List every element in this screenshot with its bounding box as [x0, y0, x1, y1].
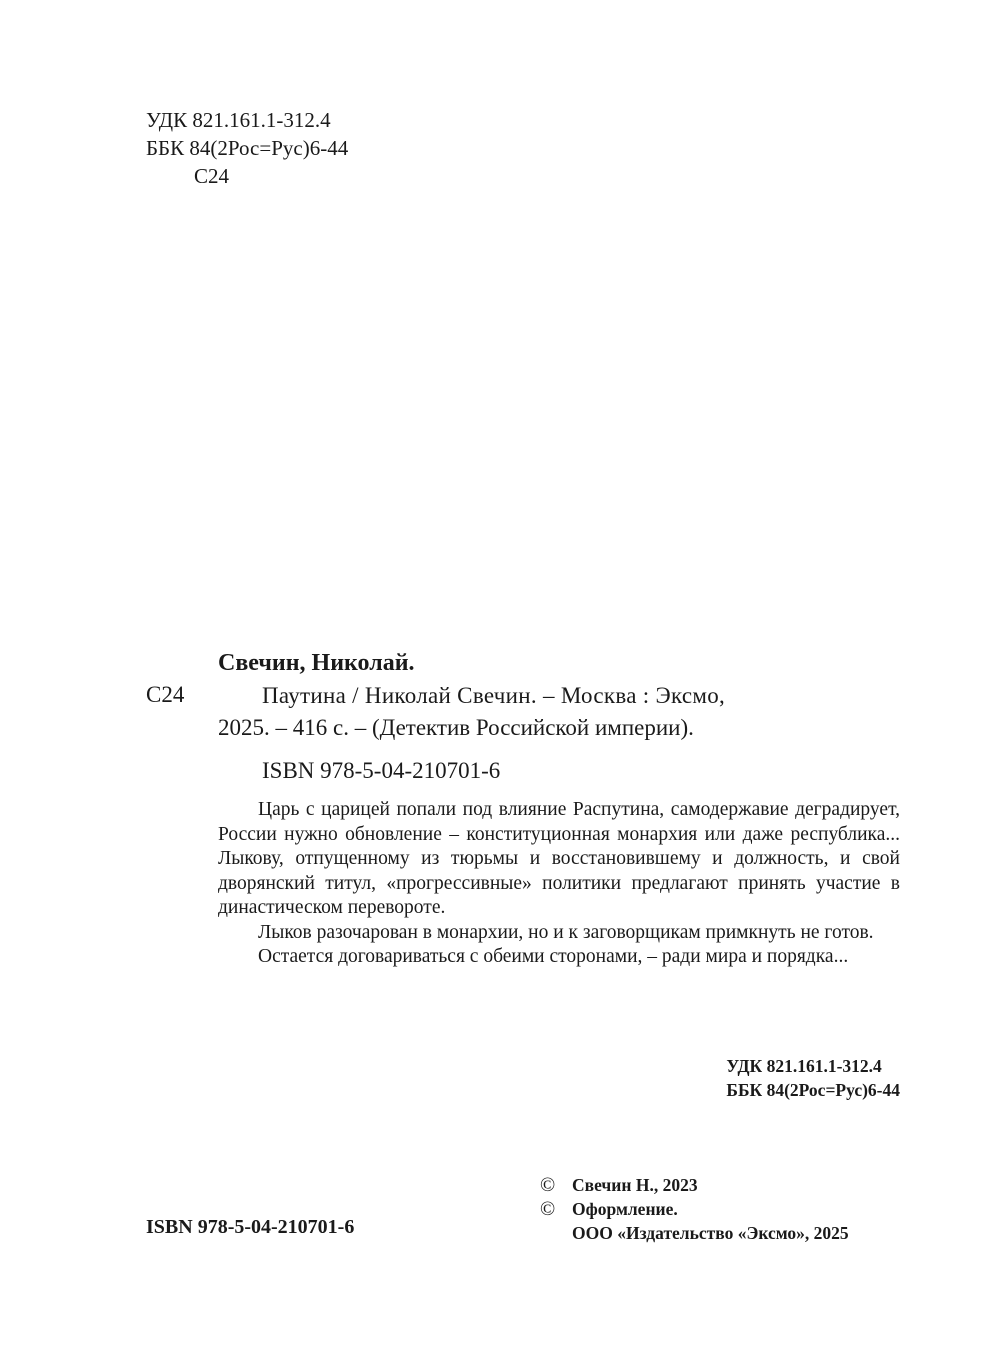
annotation-paragraph: Лыков разочарован в монархии, но и к заг…	[218, 921, 900, 946]
udk-code: УДК 821.161.1-312.4	[726, 1054, 900, 1078]
copyright-author: Свечин Н., 2023	[572, 1173, 698, 1197]
copyright-design-label: Оформление.	[572, 1197, 678, 1221]
cutter-mark: С24	[146, 680, 184, 710]
bibliographic-description: Паутина / Николай Свечин. – Москва : Экс…	[218, 680, 890, 744]
copyright-block: © Свечин Н., 2023 © Оформление. ООО «Изд…	[540, 1173, 849, 1245]
annotation-paragraph: Царь с царицей попали под влияние Распут…	[218, 798, 900, 921]
biblio-line-2: 2025. – 416 с. – (Детектив Российской им…	[218, 712, 890, 744]
udk-code: УДК 821.161.1-312.4	[146, 106, 348, 134]
copyright-publisher: ООО «Издательство «Эксмо», 2025	[540, 1221, 849, 1245]
copyright-icon: ©	[540, 1197, 572, 1221]
classification-codes-top: УДК 821.161.1-312.4 ББК 84(2Рос=Рус)6-44…	[146, 106, 348, 190]
copyright-icon: ©	[540, 1173, 572, 1197]
cutter-code: С24	[146, 162, 348, 190]
isbn-record: ISBN 978-5-04-210701-6	[262, 756, 500, 786]
bbk-code: ББК 84(2Рос=Рус)6-44	[726, 1078, 900, 1102]
annotation: Царь с царицей попали под влияние Распут…	[218, 798, 900, 970]
biblio-line-1: Паутина / Николай Свечин. – Москва : Экс…	[218, 680, 890, 712]
isbn-footer: ISBN 978-5-04-210701-6	[146, 1214, 354, 1240]
author-heading: Свечин, Николай.	[218, 648, 415, 678]
bbk-code: ББК 84(2Рос=Рус)6-44	[146, 134, 348, 162]
annotation-paragraph: Остается договариваться с обеими сторона…	[218, 945, 900, 970]
classification-codes-right: УДК 821.161.1-312.4 ББК 84(2Рос=Рус)6-44	[726, 1054, 900, 1102]
